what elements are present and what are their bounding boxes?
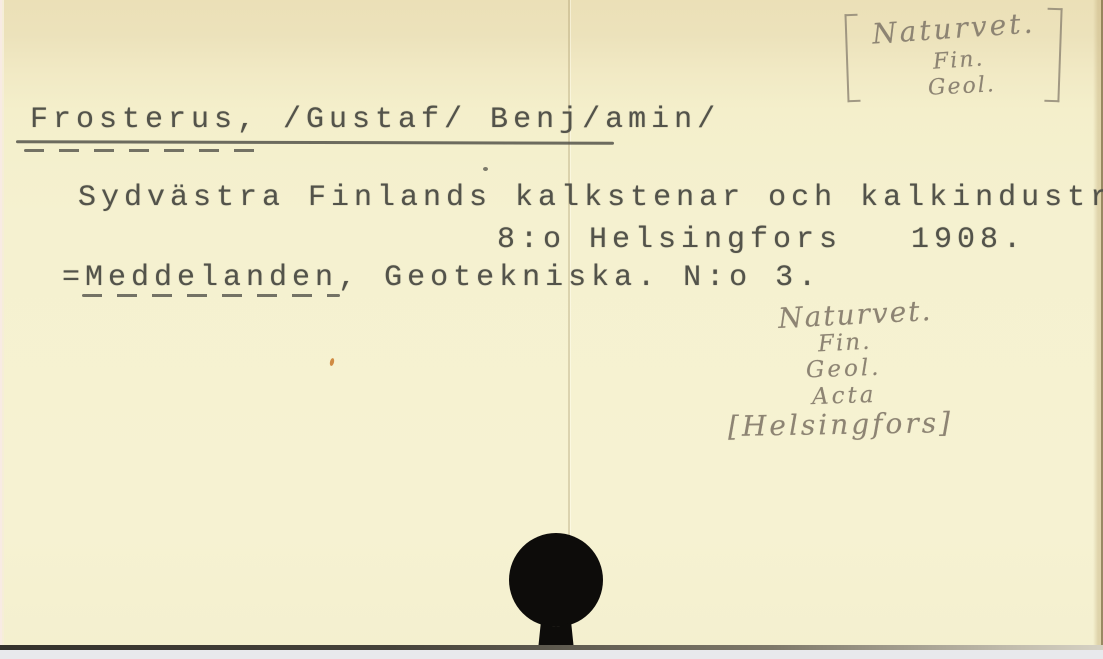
annotation-line: Naturvet. [871,6,1036,50]
annotation-line: [Helsingfors] [728,406,954,443]
series-prefix: = [62,261,85,295]
annotation-line: Geol. [806,355,882,384]
title-line: Sydvästra Finlands kalkstenar och kalkin… [78,181,1103,215]
annotation-line: Fin. [932,46,985,75]
card-right-edge [1093,0,1103,650]
series-line: =Meddelanden, Geotekniska. N:o 3. [62,261,821,295]
imprint-line: 8:o Helsingfors 1908. [497,223,1026,257]
heading-author-expansion: /Gustaf/ Benj [260,103,582,137]
heading-line: Frosterus, /Gustaf/ Benj/amin/ [30,103,720,137]
series-title: Meddelanden [85,261,338,295]
annotation-line: Acta [812,382,877,410]
card-bottom-edge [0,645,1103,650]
card-left-edge [0,0,4,650]
heading-author-suffix: /amin/ [582,103,720,137]
catalog-card: Frosterus, /Gustaf/ Benj/amin/ Sydvästra… [0,0,1103,650]
heading-author: Frosterus, [30,103,260,137]
stray-ink-dot [483,167,488,171]
orange-speck [329,358,335,367]
heading-underline-dashed [24,149,262,152]
heading-underline [16,140,614,145]
close-bracket-mark [1044,8,1062,102]
series-rest: , Geotekniska. N:o 3. [338,261,821,295]
annotation-line: Fin. [817,329,872,358]
annotation-line: Geol. [927,72,996,101]
series-title-underline-dashed [82,294,340,297]
punch-hole-icon [508,533,608,650]
open-bracket-mark [844,14,860,102]
